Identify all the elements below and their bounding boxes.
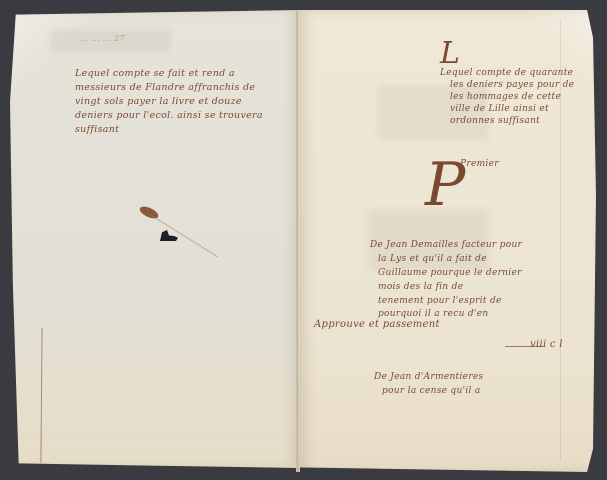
left-line-2: messieurs de Flandre affranchis de	[75, 81, 255, 95]
amount: viii c l	[530, 338, 563, 352]
bottom-line-2: pour la cense qu'il a	[382, 384, 481, 398]
left-line-3: vingt sols payer la livre et douze	[75, 95, 242, 109]
body-line-2: la Lys et qu'il a fait de	[378, 252, 487, 266]
faint-header: ... ... ... 27	[80, 32, 125, 46]
folio-number: 1	[595, 20, 602, 33]
section-heading: Premier	[460, 157, 499, 171]
body-line-4: mois des la fin de	[378, 280, 463, 294]
right-top-line-5: ordonnes suffisant	[450, 114, 540, 128]
body-line-1: De Jean Demailles facteur pour	[370, 238, 522, 252]
left-line-4: deniers pour l'ecol. ainsi se trouvera	[75, 109, 263, 123]
body-line-5: tenement pour l'esprit de	[378, 294, 502, 308]
left-line-5: suffisant	[75, 123, 119, 137]
bottom-line-1: De Jean d'Armentieres	[374, 370, 483, 384]
body-line-3: Guillaume pourque le dernier	[378, 266, 522, 280]
left-line-1: Lequel compte se fait et rend a	[75, 67, 235, 81]
margin-note: Approuve et passement	[314, 318, 440, 332]
